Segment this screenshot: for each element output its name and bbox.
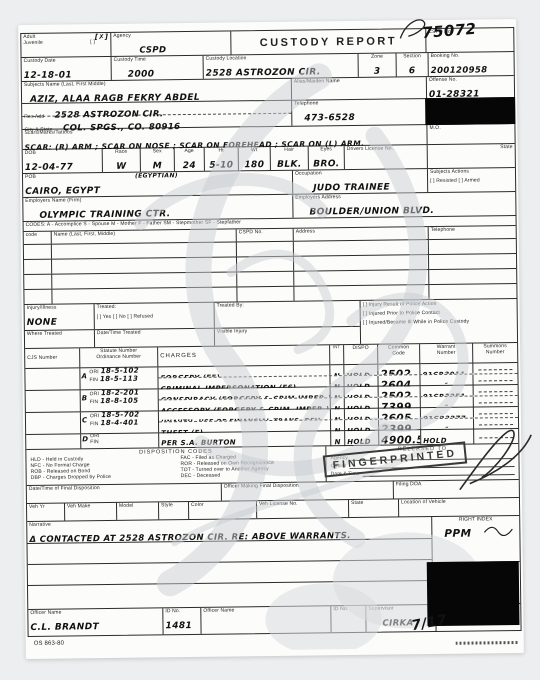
treated-by-label: Treated By: (217, 302, 358, 309)
dispo-label: DISPO (346, 346, 375, 352)
race-cell: RaceW (103, 149, 141, 172)
booking-value: 200120958 (431, 66, 488, 76)
occupation-label: Occupation (295, 170, 425, 177)
common-code-value: 2502 (380, 369, 411, 374)
datetime-treated-label: Date/Time Treated (97, 330, 212, 337)
treated-label: Treated: (97, 304, 212, 311)
veh-make-label: Veh Make (67, 504, 114, 510)
injury-illness-label: Injury/Illness (27, 305, 92, 312)
subject-actions-cell: Subjects Actions [ ] Resisted [ ] Armed (428, 168, 515, 192)
age-value: 24 (183, 162, 196, 172)
injury-checkbox-3: [ ] Injured/Became Ill While in Police C… (363, 319, 515, 327)
telephone-label: Telephone (294, 100, 424, 107)
alias-cell: Alias/Maiden Name (292, 77, 427, 100)
where-treated-label: Where Treated (27, 331, 92, 338)
wt-value: 180 (244, 161, 264, 171)
eyes-value: BRO. (313, 160, 339, 170)
address-cell: Res Add 2528 ASTROZON CIR. City & State … (22, 101, 292, 129)
statute-cell-d: D ORI FIN (81, 433, 159, 448)
officer2-id-label: ID No. (333, 607, 363, 613)
statute-cell-c: C ORI18-5-702 FIN18-4-401 (81, 411, 159, 433)
officer-id-value: 1481 (165, 622, 192, 632)
employer-cell: Employers Name (Firm) OLYMPIC TRAINING C… (23, 195, 293, 221)
int-value: N (334, 395, 340, 397)
treated-options: [ ] Yes [ ] No [ ] Refused (97, 313, 212, 320)
int-value: N (334, 417, 340, 419)
sex-cell: SexM (141, 148, 175, 171)
disposition-codes-cell: DISPOSITION CODES HLD - Held in Custody … (26, 446, 326, 485)
final-officer-cell: Officer Making Final Disposition (222, 482, 394, 501)
officer-name-label: Officer Name (30, 609, 160, 616)
officer2-name-label: Officer Name (203, 607, 328, 614)
final-officer-label: Officer Making Final Disposition (224, 483, 391, 491)
ht-value: 5-10 (209, 161, 233, 171)
document-page: Adult [✗] Juvenile [ ] Agency CSPD CUSTO… (18, 19, 524, 659)
state-label: State (430, 145, 513, 152)
race-value: W (116, 163, 126, 173)
dispo-code-dec: DEC - Deceased (181, 472, 322, 479)
handwritten-scribble (476, 524, 516, 536)
ht-label: Ht (207, 148, 236, 154)
scanned-custody-report: { "top": { "adult_label": "Adult", "adul… (0, 0, 540, 680)
custody-time-value: 2000 (128, 70, 155, 80)
final-date-cell: Date/Time of Final Disposition (27, 484, 222, 503)
officer-name-cell: Officer Name C.L. BRANDT (28, 608, 163, 636)
fin-label: FIN (90, 422, 99, 428)
age-cell: Age24 (175, 148, 205, 171)
employer-label: Employers Name (Firm) (25, 196, 290, 205)
dispo-code-dbp: DBP - Charges Dropped by Police (31, 474, 181, 482)
occupation-value: JUDO TRAINEE (313, 183, 390, 194)
fin-value: 18-5-113 (100, 375, 138, 383)
employer-address-label: Employers Address (295, 193, 513, 201)
injury-checkbox-1: [ ] Injury Result of Police Action (363, 301, 515, 309)
pob-value: CAIRO, EGYPT (25, 187, 100, 198)
common-code-value: 2502 (381, 391, 412, 396)
offense-cell: Offense No. 01-28321 (427, 76, 514, 98)
dob-cell: DOB12-04-77 (23, 149, 103, 173)
visible-injury-label: Visible Injury (217, 328, 358, 335)
offense-label: Offense No. (429, 77, 512, 84)
section-value: 6 (409, 67, 416, 77)
officer2-name-cell: Officer Name (201, 606, 331, 634)
custody-time-cell: Custody Time 2000 (112, 56, 204, 80)
officer2-id-cell: ID No. (331, 606, 366, 632)
supervisor-label: Supervisor (368, 606, 433, 613)
custody-location-label: Custody Location (206, 55, 356, 63)
section-label: Section (399, 54, 426, 60)
handwritten-signature-scribble (451, 417, 536, 498)
hair-label: Hair (273, 148, 306, 154)
employer-address-cell: Employers Address BOULDER/UNION BLVD. (293, 192, 515, 218)
contacts-cspd-label: CSPD No. (239, 230, 291, 236)
veh-license-label: Veh License No. (259, 501, 346, 508)
common-code-label-2: Code (380, 351, 417, 357)
mo-label: M.O. (429, 125, 512, 132)
agency-cell: Agency CSPD (111, 31, 231, 55)
group-letter: D (82, 436, 88, 444)
fin-value: 18-4-401 (100, 419, 138, 427)
telephone-cell: Telephone 473-6528 (292, 99, 427, 126)
hair-value: BLK. (277, 160, 302, 170)
common-code-value: 2605 (381, 413, 412, 418)
where-treated-cell: Where Treated (25, 330, 95, 348)
race-label: Race (105, 150, 138, 156)
state-cell: State (428, 144, 515, 168)
zone-cell: Zone 3 (359, 53, 397, 76)
ordinance-number-label: Ordinance Number (82, 354, 155, 361)
statute-cell-b: B ORI18-2-201 FIN18-8-105 (81, 389, 159, 411)
treated-by-cell: Treated By: (215, 301, 360, 328)
drivers-license-label: Drivers License No. (347, 146, 425, 153)
contacts-phone-label: Telephone (431, 227, 514, 234)
contacts-address-label: Address (296, 228, 426, 235)
injury-illness-cell: Injury/Illness NONE (25, 304, 95, 330)
group-letter: B (82, 395, 88, 403)
veh-color-label: Color (191, 502, 254, 509)
cjs-number-label: CJS Number (27, 355, 57, 361)
sex-label: Sex (143, 149, 172, 155)
dispo-value: HOLD (347, 417, 371, 419)
sex-value: M (153, 162, 162, 172)
group-letter: C (82, 417, 88, 425)
zone-value: 3 (374, 67, 381, 77)
veh-model-label: Model (119, 503, 156, 509)
mo-cell: M.O. (427, 124, 514, 144)
treated-cell: Treated: [ ] Yes [ ] No [ ] Refused (95, 303, 215, 329)
adult-juvenile-cell: Adult [✗] Juvenile [ ] (21, 33, 111, 57)
custody-time-label: Custody Time (114, 57, 201, 64)
dispo-value: HOLD (347, 395, 371, 397)
hair-cell: HairBLK. (271, 147, 309, 170)
microprint-line (456, 641, 518, 645)
fin-label: FIN (90, 440, 99, 446)
final-date-label: Date/Time of Final Disposition (29, 485, 219, 493)
ori-label: ORI (90, 414, 99, 420)
injury-checkbox-2: [ ] Injured Prior to Police Contact (363, 310, 515, 318)
telephone-value: 473-6528 (304, 114, 355, 125)
statute-cell-a: A ORI18-5-102 FIN18-5-113 (80, 367, 158, 389)
group-letter: A (81, 373, 87, 381)
supervisor-value: CIRKA (382, 619, 413, 629)
right-index-box: RIGHT INDEX PPM (432, 516, 520, 563)
officer-id-label: ID No. (165, 609, 198, 615)
juvenile-checkbox: [ ] (90, 40, 95, 46)
adult-checkbox: [✗] (95, 34, 109, 42)
visible-injury-cell: Visible Injury (215, 327, 360, 346)
ori-label: ORI (89, 370, 98, 376)
injury-illness-value: NONE (27, 318, 58, 328)
juvenile-label: Juvenile (23, 40, 43, 46)
veh-style-label: Style (161, 503, 186, 509)
pob-note: (EGYPTIAN) (135, 173, 178, 180)
dob-label: DOB (25, 150, 100, 157)
datetime-treated-cell: Date/Time Treated (95, 329, 215, 347)
eyes-cell: EyesBRO. (309, 146, 345, 169)
subject-name-cell: Subjects Name (Last, First Middle) AZIZ,… (22, 79, 292, 103)
form-title: CUSTODY REPORT (260, 35, 397, 49)
wt-cell: Wt180 (239, 147, 271, 170)
fin-label: FIN (90, 400, 99, 406)
subject-actions-label: Subjects Actions (430, 169, 513, 176)
section-cell: Section 6 (397, 53, 429, 76)
contacts-code-label: code (26, 233, 49, 239)
int-value: N (334, 373, 340, 375)
eyes-label: Eyes (311, 147, 342, 153)
officer-id-cell: ID No. 1481 (163, 608, 201, 634)
ht-cell: Ht5-10 (205, 147, 239, 170)
custody-date-label: Custody Date (24, 58, 109, 65)
form-number: OS 863-80 (34, 641, 64, 648)
charges-label: CHARGES (160, 353, 197, 360)
common-code-value: 4900.5 (381, 435, 421, 446)
dob-value: 12-04-77 (25, 163, 73, 173)
warrant-number-label-2: Number (422, 350, 470, 356)
occupation-cell: Occupation JUDO TRAINEE (293, 169, 428, 194)
subject-actions-options: [ ] Resisted [ ] Armed (430, 178, 513, 185)
wt-label: Wt (241, 148, 268, 154)
veh-state-label: State (351, 500, 396, 506)
custody-location-cell: Custody Location 2528 ASTROZON CIR. (204, 54, 359, 79)
fin-label: FIN (89, 378, 98, 384)
custody-date-value: 12-18-01 (24, 71, 72, 81)
pob-cell: POB CAIRO, EGYPT (EGYPTIAN) (23, 171, 293, 197)
agency-value: CSPD (139, 46, 166, 56)
handwritten-scribble (396, 16, 430, 42)
ori-label: ORI (90, 392, 99, 398)
zone-label: Zone (361, 54, 394, 60)
veh-location-label: Location of Vehicle (401, 499, 517, 506)
agency-label: Agency (113, 32, 228, 39)
redaction-box-top (425, 97, 515, 125)
contacts-name-label: Name (Last, First, Middle) (54, 230, 234, 238)
booking-label: Booking No. (431, 53, 512, 60)
age-label: Age (177, 149, 202, 155)
right-index-label: RIGHT INDEX (434, 517, 517, 524)
custody-date-cell: Custody Date 12-18-01 (22, 57, 112, 81)
int-label: INT (330, 345, 343, 350)
officer-name-value: C.L. BRANDT (30, 623, 99, 634)
injury-block: Injury/Illness NONE Treated: [ ] Yes [ ]… (25, 299, 518, 349)
veh-yr-label: Veh Yr (29, 505, 62, 511)
subject-name-label: Subjects Name (Last, First Middle) (24, 80, 289, 89)
right-index-initials: PPM (444, 528, 471, 540)
drivers-license-cell: Drivers License No. (345, 145, 428, 169)
summons-number-label-2: Number (475, 350, 515, 356)
booking-cell: Booking No. 200120958 (429, 52, 514, 76)
dispo-value: HOLD (346, 373, 370, 375)
fin-value: 18-8-105 (100, 397, 138, 405)
injury-checkboxes: [ ] Injury Result of Police Action [ ] I… (360, 299, 518, 344)
alias-label: Alias/Maiden Name (294, 78, 424, 85)
